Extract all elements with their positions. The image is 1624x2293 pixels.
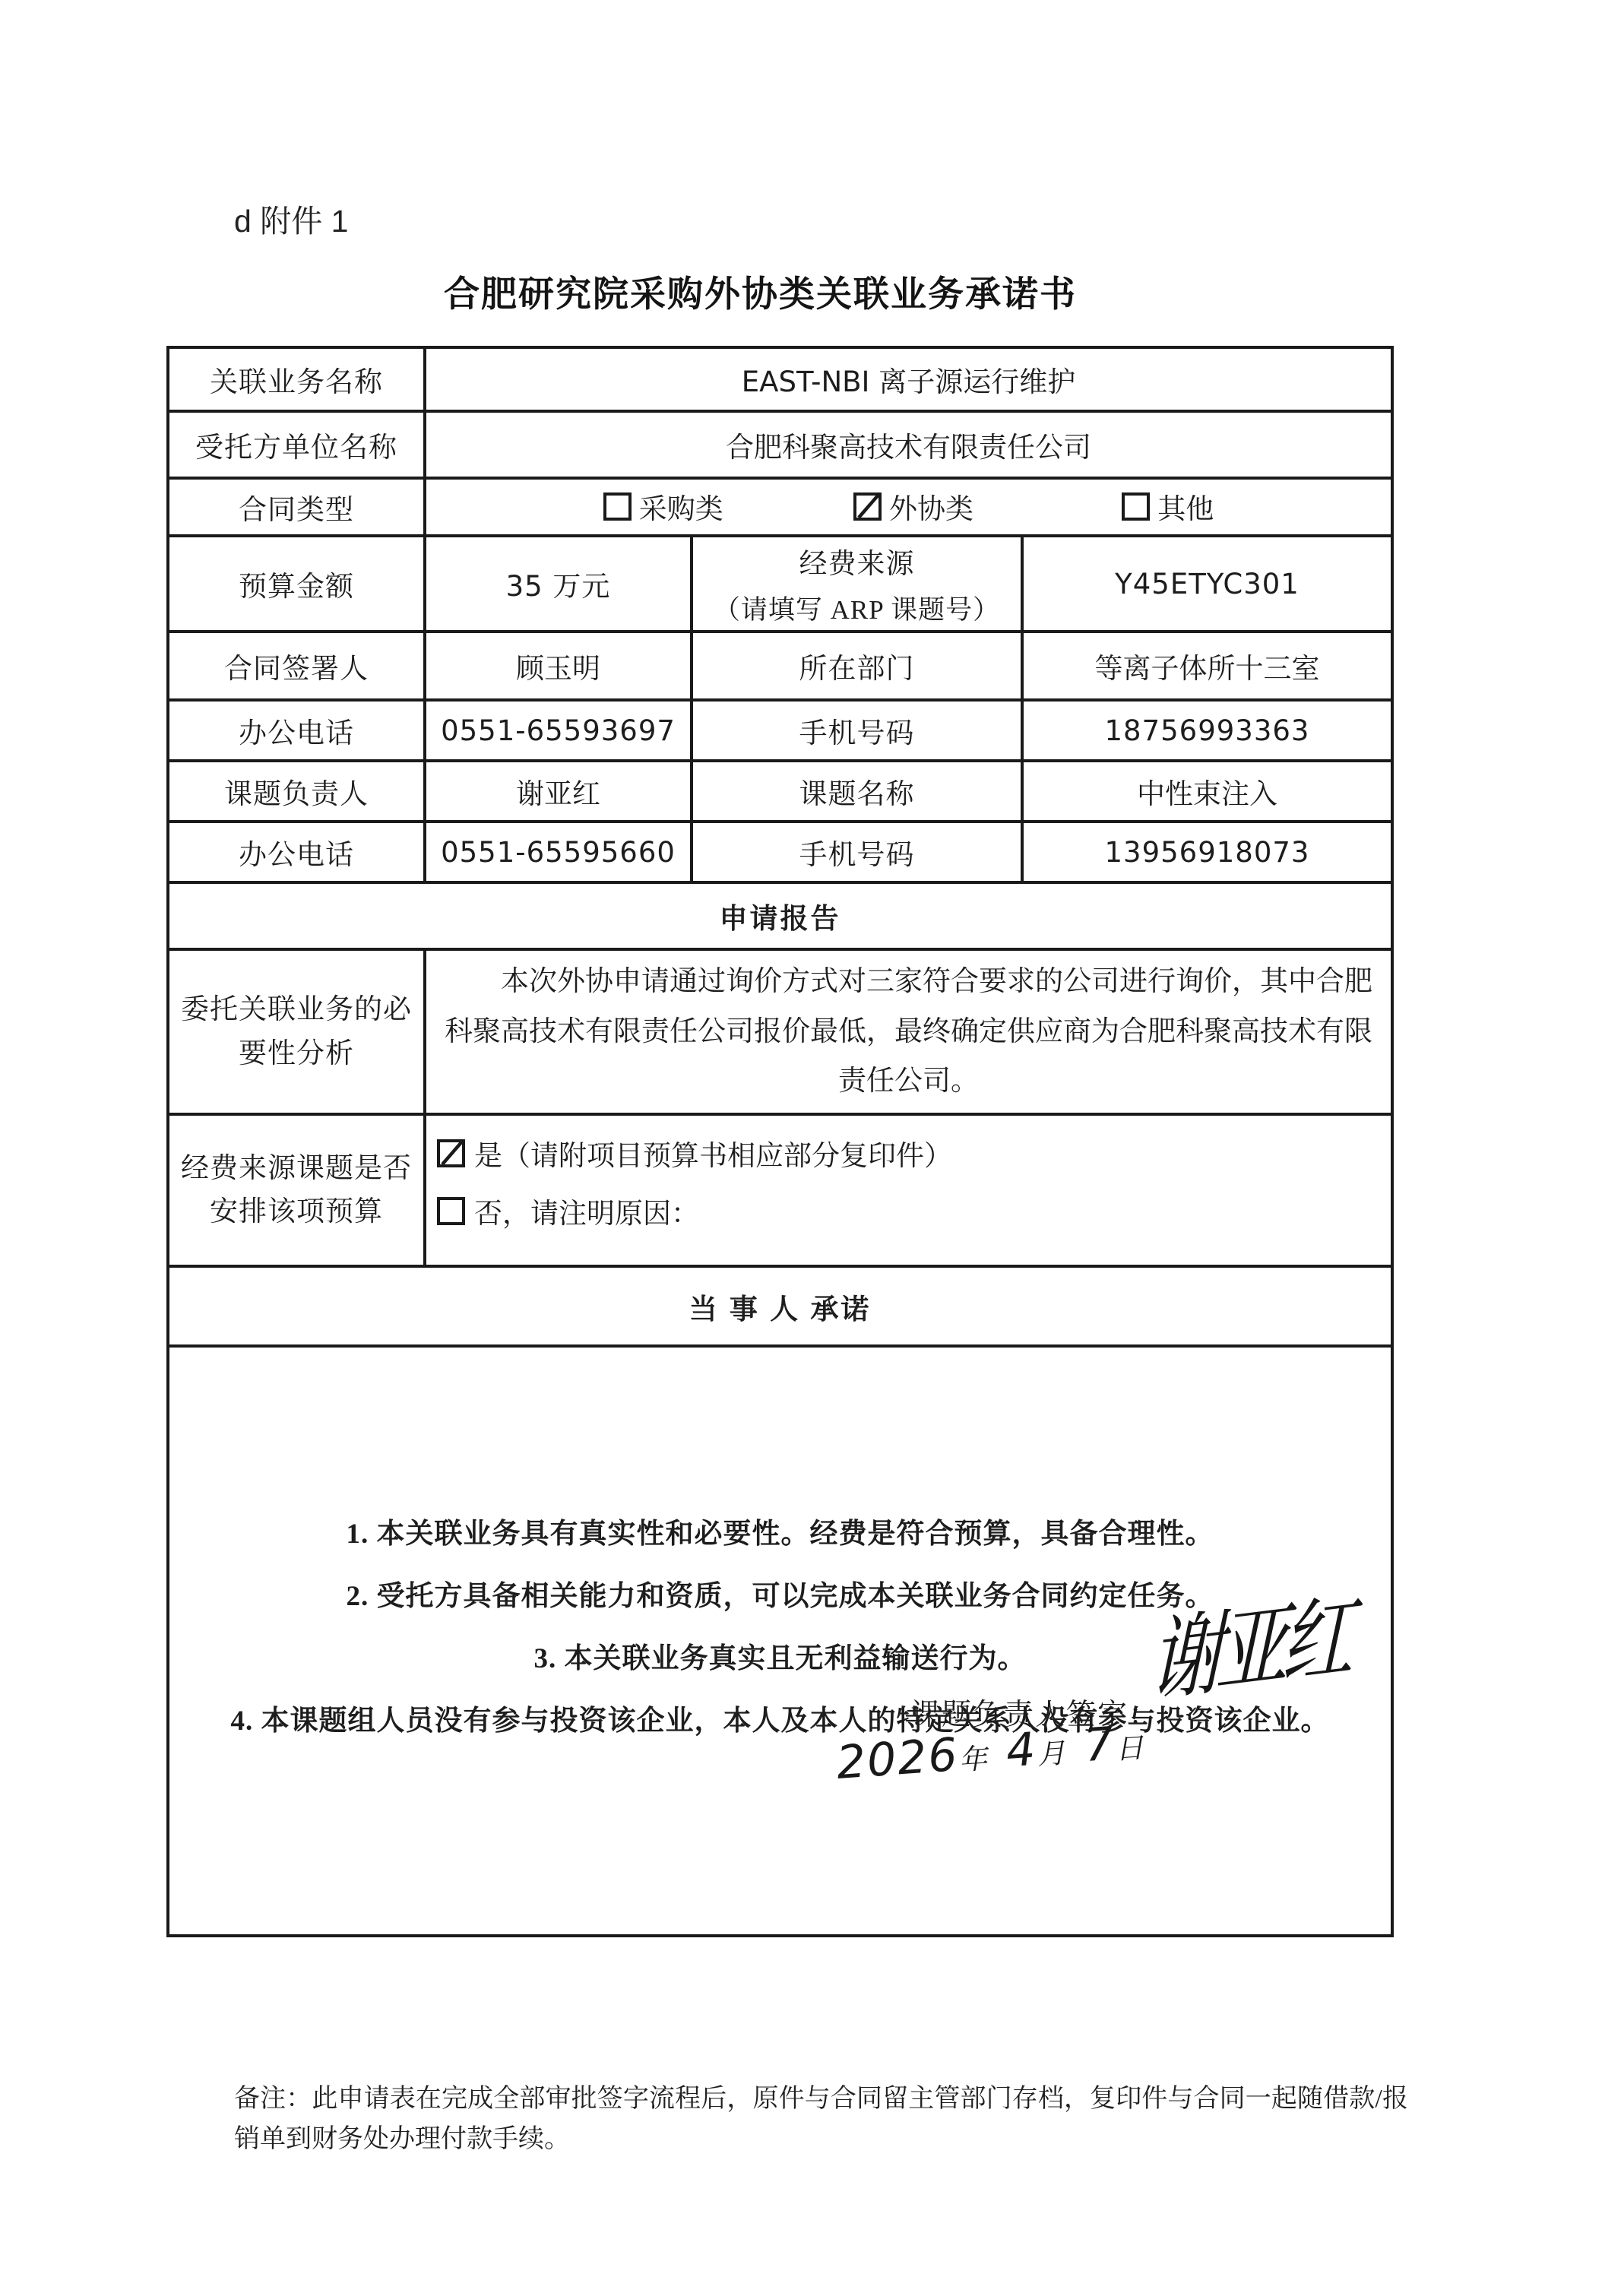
contract-type-option-outsourcing: 外协类 <box>853 486 973 527</box>
budget-arranged-label: 经费来源课题是否安排该项预算 <box>168 1114 425 1266</box>
check-mark-icon <box>853 492 882 521</box>
commitment-form-table: 关联业务名称 EAST-NBI 离子源运行维护 受托方单位名称 合肥科聚高技术有… <box>166 346 1394 1937</box>
table-row: 当 事 人 承诺 <box>168 1266 1392 1346</box>
field-label-budget: 预算金额 <box>168 536 425 632</box>
commitment-content-cell: 1. 本关联业务具有真实性和必要性。经费是符合预算，具备合理性。 2. 受托方具… <box>168 1346 1392 1936</box>
field-value-mobile-2: 13956918073 <box>1022 822 1392 882</box>
no-checkbox[interactable] <box>437 1197 465 1225</box>
leader-signature-scrawl: 谢亚红 <box>1149 1594 1347 1709</box>
table-row: 合同签署人 顾玉明 所在部门 等离子体所十三室 <box>168 632 1392 700</box>
field-value-business-name: EAST-NBI 离子源运行维护 <box>425 347 1392 411</box>
table-row: 办公电话 0551-65595660 手机号码 13956918073 <box>168 822 1392 882</box>
page-title: 合肥研究院采购外协类关联业务承诺书 <box>0 266 1572 317</box>
table-row: 经费来源课题是否安排该项预算 是（请附项目预算书相应部分复印件） 否，请注明原因… <box>168 1114 1392 1266</box>
field-label-funding-source: 经费来源 （请填写 ARP 课题号） <box>692 536 1022 632</box>
table-row: 办公电话 0551-65593697 手机号码 18756993363 <box>168 700 1392 761</box>
contract-type-options: 采购类 外协类 其他 <box>425 478 1392 536</box>
funding-source-label: 经费来源 <box>799 549 915 580</box>
date-month: 4 <box>1005 1723 1039 1778</box>
field-value-project-leader: 谢亚红 <box>425 761 692 822</box>
field-value-project-name: 中性束注入 <box>1022 761 1392 822</box>
field-value-office-phone-1: 0551-65593697 <box>425 700 692 761</box>
commitment-header: 当 事 人 承诺 <box>168 1266 1392 1346</box>
funding-source-sublabel: （请填写 ARP 课题号） <box>704 589 1010 627</box>
scanned-form-page: d 附件 1 合肥研究院采购外协类关联业务承诺书 关联业务名称 EAST-NBI… <box>0 0 1624 2293</box>
contract-type-option-purchase: 采购类 <box>603 486 723 527</box>
date-year-suffix: 年 <box>958 1744 988 1776</box>
necessity-analysis-text: 本次外协申请通过询价方式对三家符合要求的公司进行询价，其中合肥科聚高技术有限责任… <box>425 949 1392 1114</box>
attachment-label: d 附件 1 <box>234 196 348 241</box>
field-label-mobile-2: 手机号码 <box>692 822 1022 882</box>
commitment-item: 4. 本课题组人员没有参与投资该企业，本人及本人的特定关系人没有参与投资该企业。 <box>180 1703 1380 1740</box>
field-label-office-phone-2: 办公电话 <box>168 822 425 882</box>
budget-arranged-yes-line: 是（请附项目预算书相应部分复印件） <box>437 1132 1380 1173</box>
field-label-trustee-name: 受托方单位名称 <box>168 411 425 478</box>
budget-arranged-options: 是（请附项目预算书相应部分复印件） 否，请注明原因： <box>425 1114 1392 1266</box>
table-row: 合同类型 采购类 外协类 <box>168 478 1392 536</box>
date-day-suffix: 日 <box>1114 1733 1144 1766</box>
table-row: 课题负责人 谢亚红 课题名称 中性束注入 <box>168 761 1392 822</box>
field-label-mobile-1: 手机号码 <box>692 700 1022 761</box>
other-checkbox[interactable] <box>1122 492 1150 521</box>
yes-option-label: 是（请附项目预算书相应部分复印件） <box>474 1132 952 1173</box>
purchase-option-label: 采购类 <box>639 486 723 527</box>
date-year: 2026 <box>835 1728 961 1790</box>
field-value-funding-code: Y45ETYC301 <box>1022 536 1392 632</box>
application-report-header: 申请报告 <box>168 882 1392 949</box>
field-label-contract-signer: 合同签署人 <box>168 632 425 700</box>
field-value-trustee-name: 合肥科聚高技术有限责任公司 <box>425 411 1392 478</box>
table-row: 申请报告 <box>168 882 1392 949</box>
outsourcing-option-label: 外协类 <box>889 486 973 527</box>
yes-checkbox[interactable] <box>437 1139 465 1167</box>
outsourcing-checkbox[interactable] <box>853 492 882 521</box>
commitment-item: 1. 本关联业务具有真实性和必要性。经费是符合预算，具备合理性。 <box>180 1516 1380 1553</box>
field-value-office-phone-2: 0551-65595660 <box>425 822 692 882</box>
purchase-checkbox[interactable] <box>603 492 632 521</box>
contract-type-option-other: 其他 <box>1122 486 1214 527</box>
budget-arranged-no-line: 否，请注明原因： <box>437 1190 1380 1231</box>
field-label-office-phone-1: 办公电话 <box>168 700 425 761</box>
table-row: 1. 本关联业务具有真实性和必要性。经费是符合预算，具备合理性。 2. 受托方具… <box>168 1346 1392 1936</box>
field-label-project-leader: 课题负责人 <box>168 761 425 822</box>
footer-note: 备注：此申请表在完成全部审批签字流程后，原件与合同留主管部门存档，复印件与合同一… <box>234 2079 1408 2159</box>
field-label-contract-type: 合同类型 <box>168 478 425 536</box>
field-value-department: 等离子体所十三室 <box>1022 632 1392 700</box>
field-label-business-name: 关联业务名称 <box>168 347 425 411</box>
table-row: 关联业务名称 EAST-NBI 离子源运行维护 <box>168 347 1392 411</box>
table-row: 预算金额 35 万元 经费来源 （请填写 ARP 课题号） Y45ETYC301 <box>168 536 1392 632</box>
table-row: 受托方单位名称 合肥科聚高技术有限责任公司 <box>168 411 1392 478</box>
date-month-suffix: 月 <box>1036 1738 1066 1771</box>
no-option-label: 否，请注明原因： <box>474 1190 699 1231</box>
field-label-project-name: 课题名称 <box>692 761 1022 822</box>
field-label-department: 所在部门 <box>692 632 1022 700</box>
other-option-label: 其他 <box>1157 486 1214 527</box>
necessity-analysis-label: 委托关联业务的必要性分析 <box>168 949 425 1114</box>
field-value-mobile-1: 18756993363 <box>1022 700 1392 761</box>
check-mark-icon <box>437 1139 465 1167</box>
field-value-contract-signer: 顾玉明 <box>425 632 692 700</box>
field-value-budget: 35 万元 <box>425 536 692 632</box>
table-row: 委托关联业务的必要性分析 本次外协申请通过询价方式对三家符合要求的公司进行询价，… <box>168 949 1392 1114</box>
date-day: 7 <box>1083 1717 1117 1772</box>
